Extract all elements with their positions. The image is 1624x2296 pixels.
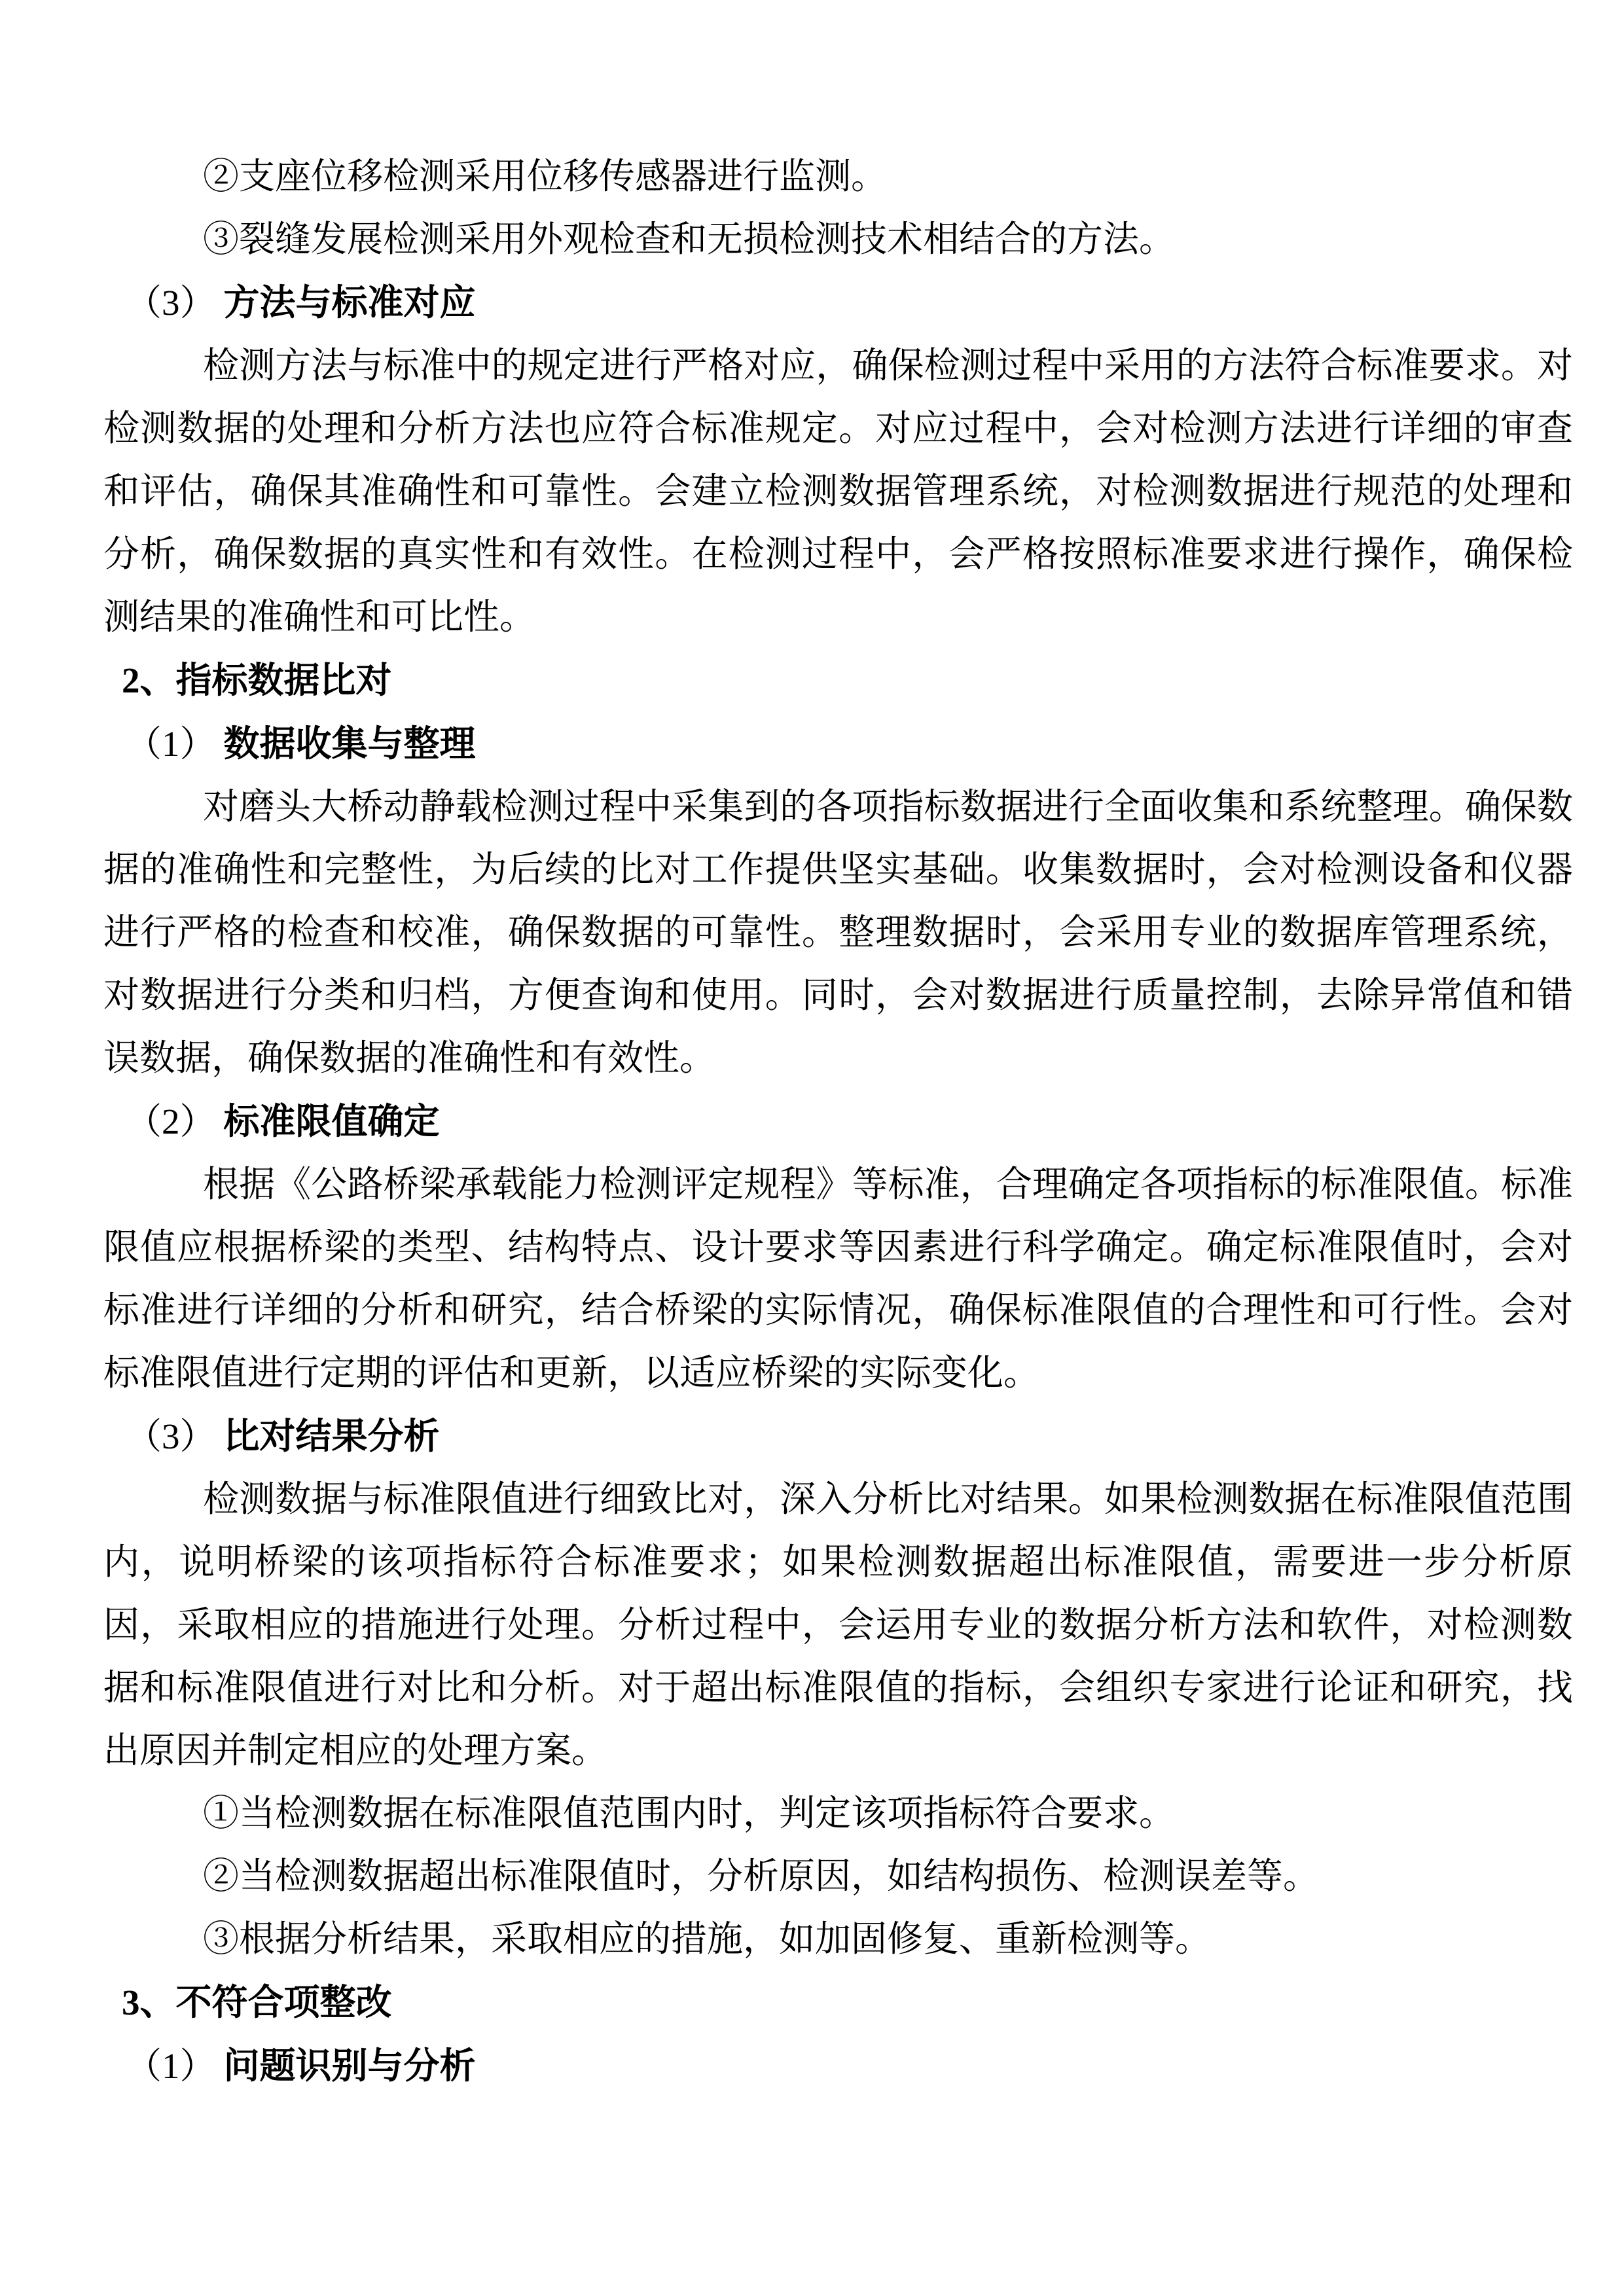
paragraph-method-standard-mapping: 检测方法与标准中的规定进行严格对应，确保检测过程中采用的方法符合标准要求。对检测… bbox=[103, 334, 1573, 649]
list-item-crack-development: ③裂缝发展检测采用外观检查和无损检测技术相结合的方法。 bbox=[103, 208, 1573, 271]
section-title: 指标数据比对 bbox=[176, 660, 392, 700]
subsection-title: 标准限值确定 bbox=[224, 1101, 440, 1141]
list-item-within-limit: ①当检测数据在标准限值范围内时，判定该项指标符合要求。 bbox=[103, 1782, 1573, 1845]
subsection-number: （3） bbox=[126, 283, 216, 323]
paragraph-standard-limit: 根据《公路桥梁承载能力检测评定规程》等标准，合理确定各项指标的标准限值。标准限值… bbox=[103, 1153, 1573, 1405]
section-number: 2、 bbox=[122, 660, 176, 700]
subsection-heading-data-collection: （1）数据收集与整理 bbox=[126, 712, 1573, 776]
subsection-heading-method-standard-mapping: （3）方法与标准对应 bbox=[126, 271, 1573, 334]
subsection-title: 方法与标准对应 bbox=[224, 282, 476, 323]
subsection-number: （1） bbox=[126, 2046, 216, 2086]
list-item-support-displacement: ②支座位移检测采用位移传感器进行监测。 bbox=[103, 145, 1573, 208]
subsection-number: （2） bbox=[126, 1102, 216, 1141]
section-heading-indicator-data-comparison: 2、指标数据比对 bbox=[122, 649, 1573, 712]
subsection-heading-problem-identification: （1）问题识别与分析 bbox=[126, 2034, 1573, 2098]
section-heading-nonconformity-rectification: 3、不符合项整改 bbox=[122, 1971, 1573, 2034]
list-item-exceed-limit: ②当检测数据超出标准限值时，分析原因，如结构损伤、检测误差等。 bbox=[103, 1845, 1573, 1908]
document-page: ②支座位移检测采用位移传感器进行监测。 ③裂缝发展检测采用外观检查和无损检测技术… bbox=[0, 0, 1624, 2296]
subsection-title: 问题识别与分析 bbox=[224, 2045, 476, 2086]
paragraph-comparison-result-analysis: 检测数据与标准限值进行细致比对，深入分析比对结果。如果检测数据在标准限值范围内，… bbox=[103, 1468, 1573, 1782]
paragraph-data-collection: 对磨头大桥动静载检测过程中采集到的各项指标数据进行全面收集和系统整理。确保数据的… bbox=[103, 776, 1573, 1090]
subsection-heading-comparison-result-analysis: （3）比对结果分析 bbox=[126, 1405, 1573, 1468]
subsection-title: 数据收集与整理 bbox=[224, 723, 476, 764]
subsection-heading-standard-limit: （2）标准限值确定 bbox=[126, 1090, 1573, 1153]
subsection-title: 比对结果分析 bbox=[224, 1416, 440, 1456]
section-title: 不符合项整改 bbox=[176, 1982, 392, 2022]
subsection-number: （1） bbox=[126, 724, 216, 764]
list-item-take-measures: ③根据分析结果，采取相应的措施，如加固修复、重新检测等。 bbox=[103, 1908, 1573, 1971]
subsection-number: （3） bbox=[126, 1416, 216, 1456]
section-number: 3、 bbox=[122, 1982, 176, 2022]
